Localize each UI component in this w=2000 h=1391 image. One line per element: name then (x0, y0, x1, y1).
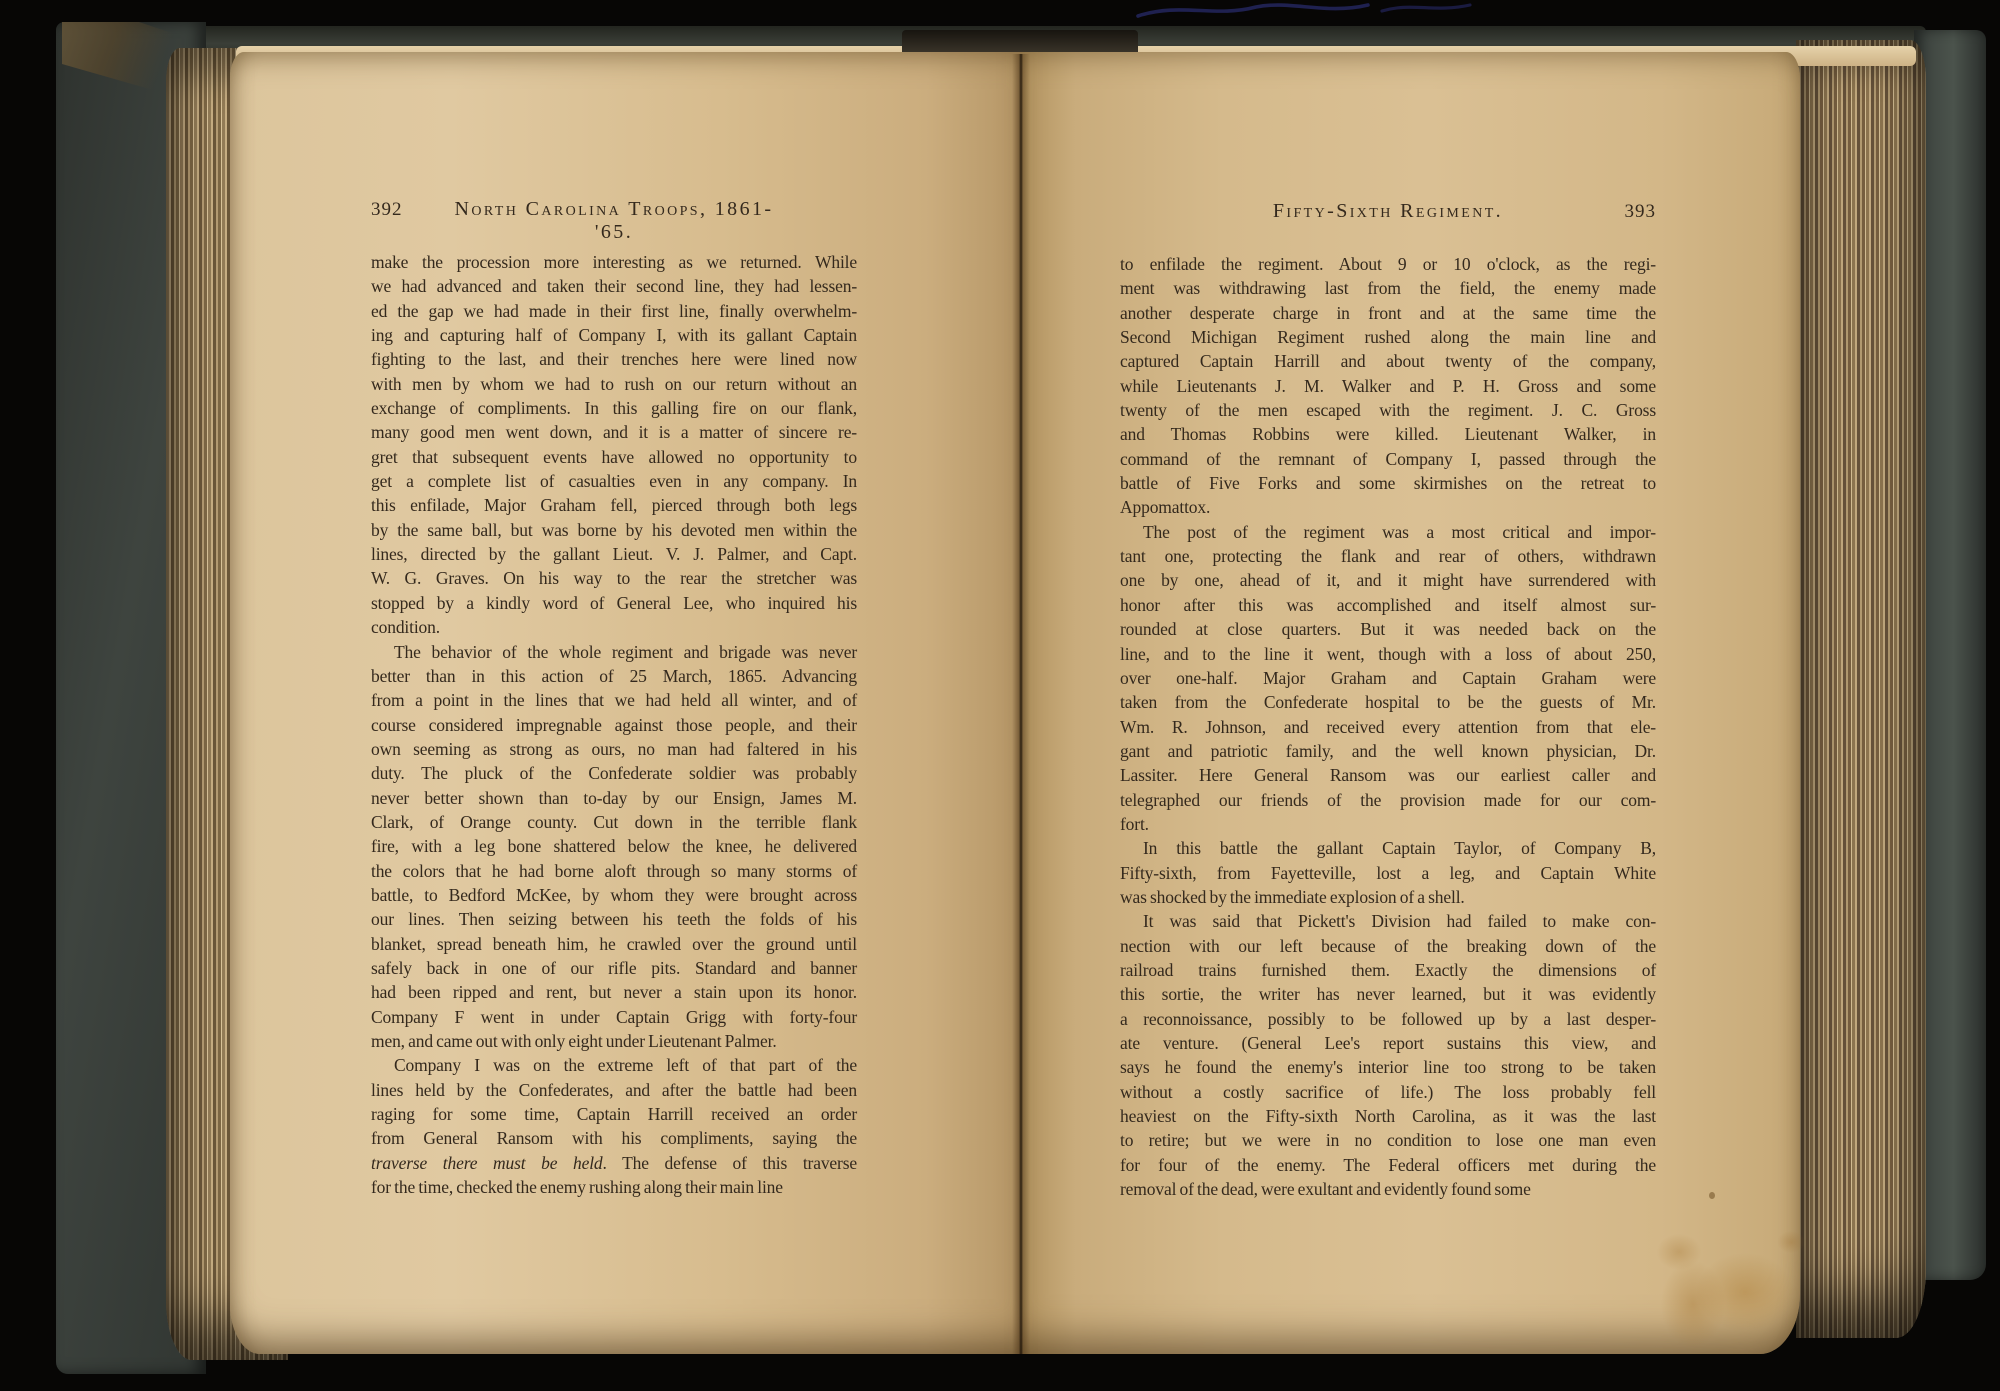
text-line: one by one, ahead of it, and it might ha… (1120, 568, 1656, 592)
text-line: over one-half. Major Graham and Captain … (1120, 666, 1656, 690)
page-left: 392 North Carolina Troops, 1861-'65. mak… (230, 52, 1021, 1354)
paragraph: The post of the regiment was a most crit… (1120, 520, 1656, 836)
text-line: railroad trains furnished them. Exactly … (1120, 958, 1656, 982)
text-line: twenty of the men escaped with the regim… (1120, 398, 1656, 422)
text-line: to retire; but we were in no condition t… (1120, 1128, 1656, 1152)
text-line: taken from the Confederate hospital to b… (1120, 690, 1656, 714)
text-line: traverse there must be held. The defense… (371, 1151, 857, 1175)
text-line: line, and to the line it went, though wi… (1120, 642, 1656, 666)
text-line: our lines. Then seizing between his teet… (371, 907, 857, 931)
text-line: Company I was on the extreme left of tha… (371, 1053, 857, 1077)
text-line: from General Ransom with his compliments… (371, 1126, 857, 1150)
text-line: blanket, spread beneath him, he crawled … (371, 932, 857, 956)
text-line: from a point in the lines that we had he… (371, 688, 857, 712)
text-line: duty. The pluck of the Confederate soldi… (371, 761, 857, 785)
text-line: The behavior of the whole regiment and b… (371, 640, 857, 664)
text-column-right: Fifty-Sixth Regiment. 393 to enfilade th… (1120, 200, 1656, 1201)
text-line: ing and capturing half of Company I, wit… (371, 323, 857, 347)
text-line: condition. (371, 615, 857, 639)
paragraph: to enfilade the regiment. About 9 or 10 … (1120, 252, 1656, 520)
running-title-right: Fifty-Sixth Regiment. (1192, 200, 1584, 223)
text-line: removal of the dead, were exultant and e… (1120, 1177, 1656, 1201)
text-line: many good men went down, and it is a mat… (371, 420, 857, 444)
text-line: this enfilade, Major Graham fell, pierce… (371, 493, 857, 517)
text-line: this sortie, the writer has never learne… (1120, 982, 1656, 1006)
text-line: to enfilade the regiment. About 9 or 10 … (1120, 252, 1656, 276)
text-line: W. G. Graves. On his way to the rear the… (371, 566, 857, 590)
text-line: battle, to Bedford McKee, by whom they w… (371, 883, 857, 907)
text-line: make the procession more interesting as … (371, 250, 857, 274)
text-line: lines held by the Confederates, and afte… (371, 1078, 857, 1102)
text-line: safely back in one of our rifle pits. St… (371, 956, 857, 980)
text-line: battle of Five Forks and some skirmishes… (1120, 471, 1656, 495)
text-line: and Thomas Robbins were killed. Lieutena… (1120, 422, 1656, 446)
paragraph: make the procession more interesting as … (371, 250, 857, 640)
text-line: stopped by a kindly word of General Lee,… (371, 591, 857, 615)
text-line: had been ripped and rent, but never a st… (371, 980, 857, 1004)
running-title-left: North Carolina Troops, 1861-'65. (443, 198, 785, 244)
page-edges-right (1796, 40, 1926, 1338)
page-right: Fifty-Sixth Regiment. 393 to enfilade th… (1021, 52, 1800, 1354)
text-line: fighting to the last, and their trenches… (371, 347, 857, 371)
text-line: was shocked by the immediate explosion o… (1120, 885, 1656, 909)
text-line: ment was withdrawing last from the field… (1120, 276, 1656, 300)
paragraph: The behavior of the whole regiment and b… (371, 640, 857, 1054)
text-line: heaviest on the Fifty-sixth North Caroli… (1120, 1104, 1656, 1128)
text-line: gret that subsequent events have allowed… (371, 445, 857, 469)
text-line: nection with our left because of the bre… (1120, 934, 1656, 958)
text-line: tant one, protecting the flank and rear … (1120, 544, 1656, 568)
open-book-scan: 392 North Carolina Troops, 1861-'65. mak… (0, 0, 2000, 1391)
text-line: The post of the regiment was a most crit… (1120, 520, 1656, 544)
text-line: while Lieutenants J. M. Walker and P. H.… (1120, 374, 1656, 398)
text-line: ed the gap we had made in their first li… (371, 299, 857, 323)
text-line: honor after this was accomplished and it… (1120, 593, 1656, 617)
running-header-right: Fifty-Sixth Regiment. 393 (1120, 200, 1656, 226)
text-line: Company F went in under Captain Grigg wi… (371, 1005, 857, 1029)
text-line: for the time, checked the enemy rushing … (371, 1175, 857, 1199)
text-line: for four of the enemy. The Federal offic… (1120, 1153, 1656, 1177)
text-line: without a costly sacrifice of life.) The… (1120, 1080, 1656, 1104)
text-line: fort. (1120, 812, 1656, 836)
text-line: we had advanced and taken their second l… (371, 274, 857, 298)
text-line: It was said that Pickett's Division had … (1120, 909, 1656, 933)
text-column-left: 392 North Carolina Troops, 1861-'65. mak… (371, 198, 857, 1199)
book-gutter (1012, 54, 1030, 1354)
text-line: own seeming as strong as ours, no man ha… (371, 737, 857, 761)
page-number-left: 392 (371, 199, 443, 221)
paper-stain (1621, 1180, 1871, 1360)
text-line: In this battle the gallant Captain Taylo… (1120, 836, 1656, 860)
paper-speck (1709, 1192, 1715, 1199)
text-line: course considered impregnable against th… (371, 713, 857, 737)
text-line: Clark, of Orange county. Cut down in the… (371, 810, 857, 834)
text-line: men, and came out with only eight under … (371, 1029, 857, 1053)
text-line: get a complete list of casualties even i… (371, 469, 857, 493)
paragraph: Company I was on the extreme left of tha… (371, 1053, 857, 1199)
ink-scribble (1130, 0, 1500, 22)
text-line: says he found the enemy's interior line … (1120, 1055, 1656, 1079)
text-line: Lassiter. Here General Ransom was our ea… (1120, 763, 1656, 787)
text-line: never better shown than to-day by our En… (371, 786, 857, 810)
text-line: a reconnoissance, possibly to be followe… (1120, 1007, 1656, 1031)
text-line: captured Captain Harrill and about twent… (1120, 349, 1656, 373)
paragraph: It was said that Pickett's Division had … (1120, 909, 1656, 1201)
text-line: telegraphed our friends of the provision… (1120, 788, 1656, 812)
text-line: Second Michigan Regiment rushed along th… (1120, 325, 1656, 349)
text-line: rounded at close quarters. But it was ne… (1120, 617, 1656, 641)
running-header-left: 392 North Carolina Troops, 1861-'65. (371, 198, 857, 224)
text-line: fire, with a leg bone shattered below th… (371, 834, 857, 858)
text-line: Wm. R. Johnson, and received every atten… (1120, 715, 1656, 739)
page-text-right: to enfilade the regiment. About 9 or 10 … (1120, 252, 1656, 1201)
text-line: command of the remnant of Company I, pas… (1120, 447, 1656, 471)
text-line: by the same ball, but was borne by his d… (371, 518, 857, 542)
text-line: ate venture. (General Lee's report susta… (1120, 1031, 1656, 1055)
text-line: exchange of compliments. In this galling… (371, 396, 857, 420)
paragraph: In this battle the gallant Captain Taylo… (1120, 836, 1656, 909)
text-line: with men by whom we had to rush on our r… (371, 372, 857, 396)
page-text-left: make the procession more interesting as … (371, 250, 857, 1199)
text-line: gant and patriotic family, and the well … (1120, 739, 1656, 763)
text-line: another desperate charge in front and at… (1120, 301, 1656, 325)
text-line: lines, directed by the gallant Lieut. V.… (371, 542, 857, 566)
page-number-right: 393 (1584, 201, 1656, 223)
text-line: better than in this action of 25 March, … (371, 664, 857, 688)
text-line: Fifty-sixth, from Fayetteville, lost a l… (1120, 861, 1656, 885)
text-line: Appomattox. (1120, 495, 1656, 519)
text-line: the colors that he had borne aloft throu… (371, 859, 857, 883)
text-line: raging for some time, Captain Harrill re… (371, 1102, 857, 1126)
